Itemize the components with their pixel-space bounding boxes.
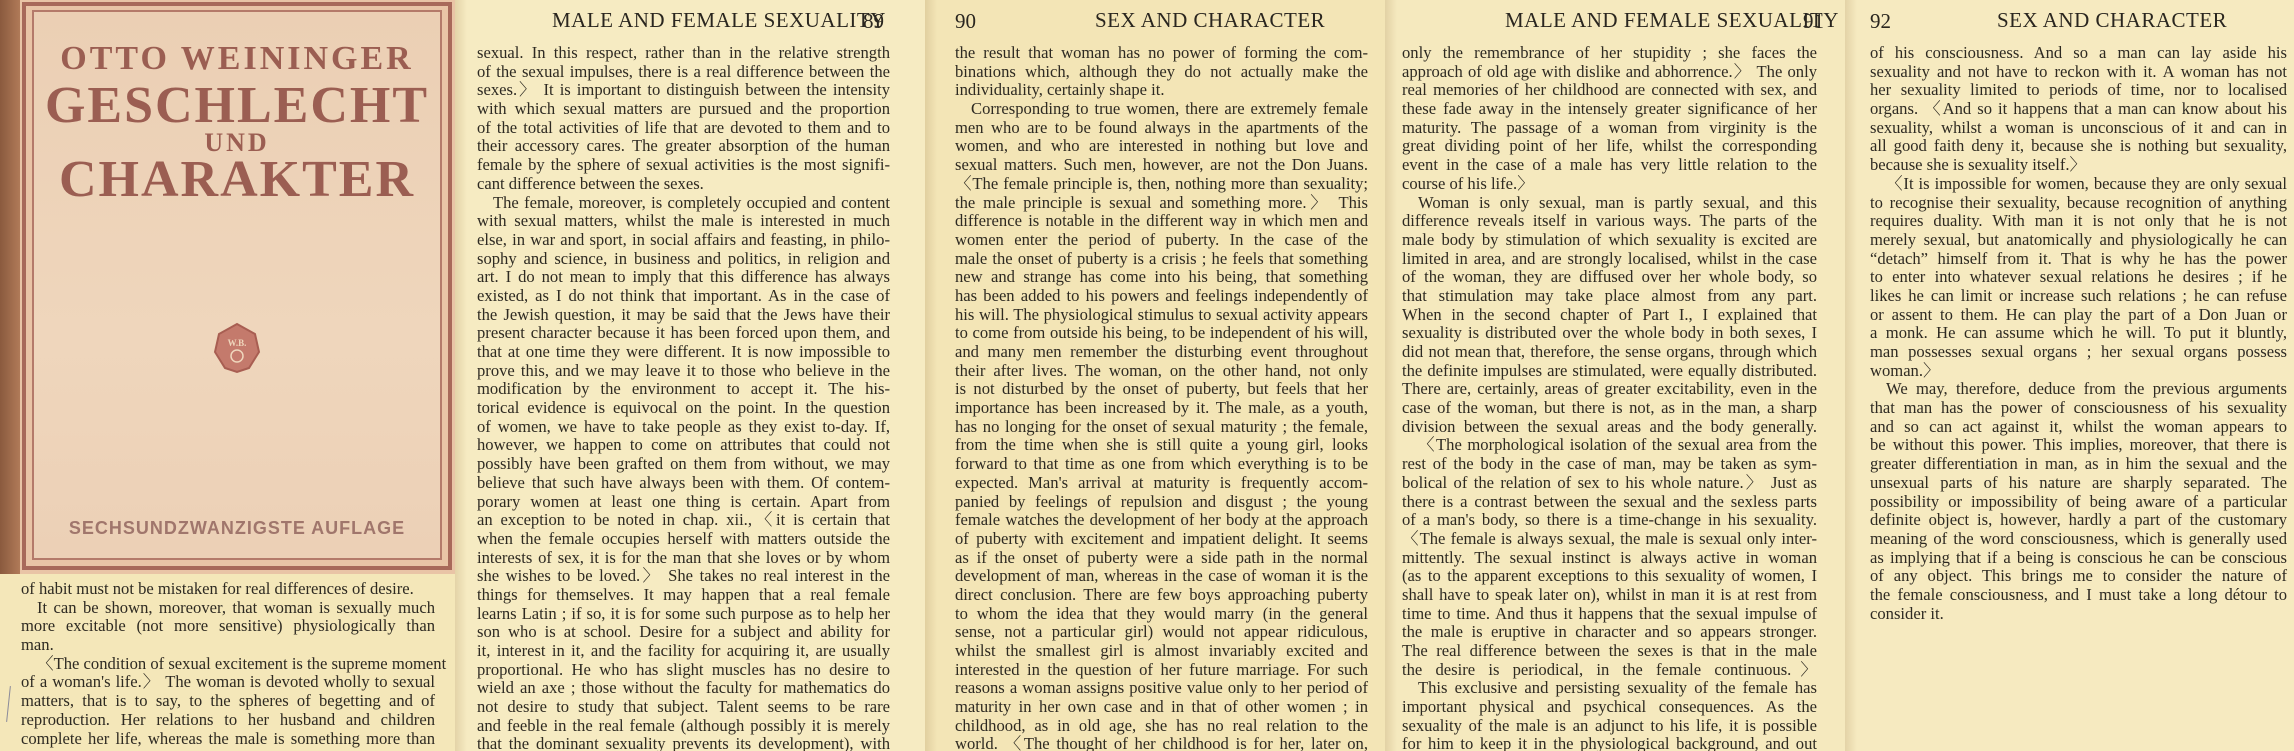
text-line: forward to that time as one from which e… xyxy=(955,455,1368,474)
text-line: male body by stimulation of which sexual… xyxy=(1402,231,1817,250)
text-line: an exception to be noted in chap. xii.,〈… xyxy=(477,511,890,530)
page-number: 89 xyxy=(863,9,884,34)
text-line: difference reveals itself in various way… xyxy=(1402,212,1817,231)
text-line: Corresponding to true women, there are e… xyxy=(955,100,1368,119)
cover-spine-strip xyxy=(0,0,20,574)
text-line: has no longing for the onset of sexual m… xyxy=(955,418,1368,437)
page-gutter-shadow xyxy=(455,0,467,751)
text-line: of the sexual impulses, there is a real … xyxy=(477,63,890,82)
text-line: things for themselves. It may happen tha… xyxy=(477,586,890,605)
text-line: all good faith deny it, because she is n… xyxy=(1870,137,2287,156)
text-line: unsexual parts of his nature are sharply… xyxy=(1870,474,2287,493)
text-line: development of man, whereas in the case … xyxy=(955,567,1368,586)
text-line: that stimulation may take place almost f… xyxy=(1402,287,1817,306)
text-line: however, we happen to come on attributes… xyxy=(477,436,890,455)
running-head: MALE AND FEMALE SEXUALITY xyxy=(1505,8,1839,33)
text-line: interests of sex, it is for the man that… xyxy=(477,549,890,568)
text-line: the Jewish question, it may be said that… xyxy=(477,306,890,325)
publisher-emblem-icon: W.B. xyxy=(213,322,261,374)
fragment-text-column: of habit must not be mistaken for real d… xyxy=(21,580,435,748)
cover-title-line-1: GESCHLECHT xyxy=(32,76,442,135)
text-line: division between the sexual areas and th… xyxy=(1402,418,1817,437)
text-line: cant difference between the sexes. xyxy=(477,175,890,194)
text-line: art. I do not mean to imply that this di… xyxy=(477,268,890,287)
text-line: the desire is periodical, in the female … xyxy=(1402,661,1817,680)
text-line: difference is notable in the different w… xyxy=(955,212,1368,231)
text-line: to whom the idea that they would marry (… xyxy=(955,605,1368,624)
page-gutter-shadow xyxy=(1845,0,1857,751)
text-line: possibility or impossibility of being aw… xyxy=(1870,493,2287,512)
text-line: she wishes to be loved.〉 She takes no re… xyxy=(477,567,890,586)
text-line: great dividing point of her life, whilst… xyxy=(1402,137,1817,156)
text-line: of habit must not be mistaken for real d… xyxy=(21,580,435,599)
text-line: women enter the period of puberty. In th… xyxy=(955,231,1368,250)
text-line: the result that woman has no power of fo… xyxy=(955,44,1368,63)
text-line: modification by the environment to accep… xyxy=(477,380,890,399)
page-89: MALE AND FEMALE SEXUALITY 89 sexual. In … xyxy=(455,0,925,751)
text-line: of puberty with excitement and impatient… xyxy=(955,530,1368,549)
text-line: The female, moreover, is completely occu… xyxy=(477,194,890,213)
text-line: when the female occupies herself with ma… xyxy=(477,530,890,549)
text-line: event in the case of a male has very lit… xyxy=(1402,156,1817,175)
text-line: not desire to study that subject. Talent… xyxy=(477,698,890,717)
text-line: there is a contrast between the sexual a… xyxy=(1402,493,1817,512)
text-line: men who are to be found always in the ap… xyxy=(955,119,1368,138)
text-line: with which sexual matters are pursued an… xyxy=(477,100,890,119)
text-line: childhood, as in old age, she has no rea… xyxy=(955,717,1368,736)
text-line: reproduction. Her relations to her husba… xyxy=(21,711,435,730)
text-line: the male principle is sexual and somethi… xyxy=(955,194,1368,213)
text-line: to enter into whatever sexual relations … xyxy=(1870,268,2287,287)
book-cover: OTTO WEININGER GESCHLECHT UND CHARAKTER … xyxy=(0,0,455,574)
page-91: MALE AND FEMALE SEXUALITY 91 only the re… xyxy=(1385,0,1845,751)
text-line: prove this, and we may leave it to those… xyxy=(477,362,890,381)
text-line: sexuality is distributed over the whole … xyxy=(1402,324,1817,343)
running-head: MALE AND FEMALE SEXUALITY xyxy=(552,8,886,33)
text-line: 〈It is impossible for women, because the… xyxy=(1870,175,2287,194)
text-line: of the total activities of life that are… xyxy=(477,119,890,138)
text-line: man. xyxy=(21,636,435,655)
text-line: did not mean that, therefore, the sense … xyxy=(1402,343,1817,362)
text-line: time to time. And thus it happens that t… xyxy=(1402,605,1817,624)
text-line: proportional. He who has slight muscles … xyxy=(477,661,890,680)
text-line: 〈The morphological isolation of the sexu… xyxy=(1402,436,1817,455)
text-line: important physical and psychical consequ… xyxy=(1402,698,1817,717)
page-text-column: of his consciousness. And so a man can l… xyxy=(1870,44,2287,623)
text-line: limited in area, and are strongly locali… xyxy=(1402,250,1817,269)
text-line: approach of old age with dislike and abh… xyxy=(1402,63,1817,82)
page-text-column: sexual. In this respect, rather than in … xyxy=(477,44,890,751)
text-line: world. 〈The thought of her childhood is … xyxy=(955,735,1368,751)
text-line: a monk. He can assume which he will. To … xyxy=(1870,324,2287,343)
text-line: sexual. In this respect, rather than in … xyxy=(477,44,890,63)
text-line: “detach” himself from it. That is why he… xyxy=(1870,250,2287,269)
text-line: merely sexual, but anatomically and phys… xyxy=(1870,231,2287,250)
text-fragment-below-cover: of habit must not be mistaken for real d… xyxy=(0,574,455,751)
text-line: This exclusive and persisting sexuality … xyxy=(1402,679,1817,698)
text-line: importance has been increased by it. The… xyxy=(955,399,1368,418)
page-gutter-shadow xyxy=(1385,0,1397,751)
text-line: or assent to them. He can play the part … xyxy=(1870,306,2287,325)
text-line: sexes.〉 It is important to distinguish b… xyxy=(477,81,890,100)
text-line: son who is at school. Desire for a subje… xyxy=(477,623,890,642)
text-line: from the time when she is still quite a … xyxy=(955,436,1368,455)
text-line: mittently. The sexual instinct is always… xyxy=(1402,549,1817,568)
text-line: meaning of the word consciousness, which… xyxy=(1870,530,2287,549)
running-head: SEX AND CHARACTER xyxy=(1997,8,2227,33)
text-line: reasons a woman assigns positive value o… xyxy=(955,679,1368,698)
text-line: We may, therefore, deduce from the previ… xyxy=(1870,380,2287,399)
text-line: her sexuality limited to periods of time… xyxy=(1870,81,2287,100)
text-line: sexuality and not have to reckon with it… xyxy=(1870,63,2287,82)
page-90: 90 SEX AND CHARACTER the result that wom… xyxy=(925,0,1385,751)
text-line: course of his life.〉 xyxy=(1402,175,1817,194)
text-line: has been added to his powers and feeling… xyxy=(955,287,1368,306)
text-line: shall have to speak later on), whilst in… xyxy=(1402,586,1817,605)
text-line: more excitable (not more sensitive) phys… xyxy=(21,617,435,636)
text-line: There are, certainly, areas of greater e… xyxy=(1402,380,1817,399)
text-line: matters, that is to say, to the spheres … xyxy=(21,692,435,711)
text-line: and feeble in the real female (although … xyxy=(477,717,890,736)
emblem-text: W.B. xyxy=(228,338,247,348)
cover-author: OTTO WEININGER xyxy=(32,40,442,78)
text-line: of any object. This brings me to conside… xyxy=(1870,567,2287,586)
text-line: else, in war and sport, in social affair… xyxy=(477,231,890,250)
text-line: possibly have been grafted on them from … xyxy=(477,455,890,474)
text-line: individuality, certainly shape it. xyxy=(955,81,1368,100)
text-line: it, interest in it, and the facility for… xyxy=(477,642,890,661)
text-line: only the remembrance of her stupidity ; … xyxy=(1402,44,1817,63)
text-line: of women, we have to take people as they… xyxy=(477,418,890,437)
text-line: their after lives. The woman, on the oth… xyxy=(955,362,1368,381)
text-line: real memories of her childhood are conne… xyxy=(1402,81,1817,100)
text-line: greater differentiation in man, as in hi… xyxy=(1870,455,2287,474)
text-line: binations which, although they do not ac… xyxy=(955,63,1368,82)
text-line: that man has the power of consciousness … xyxy=(1870,399,2287,418)
text-line: sexuality, whilst a woman is unconscious… xyxy=(1870,119,2287,138)
text-line: and many men remember the disturbing eve… xyxy=(955,343,1368,362)
page-gutter-shadow xyxy=(925,0,937,751)
page-number: 91 xyxy=(1803,9,1824,34)
text-line: panied by feelings of repulsion and disg… xyxy=(955,493,1368,512)
text-line: man possesses sexual organs ; her sexual… xyxy=(1870,343,2287,362)
text-line: male the onset of puberty is a crisis ; … xyxy=(955,250,1368,269)
text-line: new and strange has come into his being,… xyxy=(955,268,1368,287)
text-line: likes he can limit or increase such rela… xyxy=(1870,287,2287,306)
text-line: maturity in her own case and in that of … xyxy=(955,698,1368,717)
text-line: the male is eruptive in character and so… xyxy=(1402,623,1817,642)
text-line: present character because it has been fo… xyxy=(477,324,890,343)
text-line: maturity. The passage of a woman from vi… xyxy=(1402,119,1817,138)
text-line: is not disturbed by the onset of puberty… xyxy=(955,380,1368,399)
text-line: definite object is, however, hardly a pa… xyxy=(1870,511,2287,530)
text-line: believe that such have always been with … xyxy=(477,474,890,493)
text-line: learns Latin ; if so, it is for some suc… xyxy=(477,605,890,624)
page-number: 90 xyxy=(955,9,976,34)
text-line: that at one time they were different. It… xyxy=(477,343,890,362)
text-line: of a woman's life.〉 The woman is devoted… xyxy=(21,673,435,692)
text-line: female watches the development of her bo… xyxy=(955,511,1368,530)
text-line: female by the sphere of sexual activitie… xyxy=(477,156,890,175)
running-head: SEX AND CHARACTER xyxy=(1095,8,1325,33)
text-line: his will. The physiological stimulus to … xyxy=(955,306,1368,325)
text-line: sophy and science, in business and polit… xyxy=(477,250,890,269)
text-line: torical evidence is equivocal on the poi… xyxy=(477,399,890,418)
text-line: existed, as I do not think that importan… xyxy=(477,287,890,306)
text-line: of his consciousness. And so a man can l… xyxy=(1870,44,2287,63)
page-92: 92 SEX AND CHARACTER of his consciousnes… xyxy=(1845,0,2294,751)
text-line: for him to keep it in the physiological … xyxy=(1402,735,1817,751)
text-line: be without this power. This implies, mor… xyxy=(1870,436,2287,455)
text-line: It can be shown, moreover, that woman is… xyxy=(21,599,435,618)
text-line: the female consciousness, and I must tak… xyxy=(1870,586,2287,605)
text-line: their accessory cares. The greater absor… xyxy=(477,137,890,156)
text-line: that the dominant sexuality prevents its… xyxy=(477,735,890,751)
text-line: because she is sexuality itself.〉 xyxy=(1870,156,2287,175)
text-line: case of the woman, but there is not, as … xyxy=(1402,399,1817,418)
text-line: direct conclusion. There are few boys ap… xyxy=(955,586,1368,605)
text-line: requires duality. With man it is not onl… xyxy=(1870,212,2287,231)
text-line: When in the second chapter of Part I., I… xyxy=(1402,306,1817,325)
text-line: sense, not a particular girl) would not … xyxy=(955,623,1368,642)
text-line: 〈The condition of sexual excitement is t… xyxy=(21,655,435,674)
text-line: of the woman, they are diffused over her… xyxy=(1402,268,1817,287)
text-line: sexual matters. Such men, however, are n… xyxy=(955,156,1368,175)
text-line: bolical of the relation of sex to his wh… xyxy=(1402,474,1817,493)
text-line: to come from outside his being, to be in… xyxy=(955,324,1368,343)
text-line: sexuality of the male is an adjunct to h… xyxy=(1402,717,1817,736)
text-line: women, and who are interested in nothing… xyxy=(955,137,1368,156)
text-line: complete her life, whereas the male is s… xyxy=(21,730,435,749)
text-line: consider it. xyxy=(1870,605,2287,624)
page-text-column: the result that woman has no power of fo… xyxy=(955,44,1368,751)
text-line: the definite impulses are stimulated, we… xyxy=(1402,362,1817,381)
text-line: as implying that if a being is conscious… xyxy=(1870,549,2287,568)
text-line: to recognise their sexuality, because re… xyxy=(1870,194,2287,213)
text-line: as if the onset of puberty were a side p… xyxy=(955,549,1368,568)
text-line: whilst the smallest girl is almost invar… xyxy=(955,642,1368,661)
text-line: The real difference between the sexes is… xyxy=(1402,642,1817,661)
text-line: 〈The female is always sexual, the male i… xyxy=(1402,530,1817,549)
text-line: wield an axe ; those without the faculty… xyxy=(477,679,890,698)
text-line: interested in the question of her future… xyxy=(955,661,1368,680)
page-text-column: only the remembrance of her stupidity ; … xyxy=(1402,44,1817,751)
text-line: and so can act against it, whilst the wo… xyxy=(1870,418,2287,437)
text-line: woman.〉 xyxy=(1870,362,2287,381)
text-line: (as to the apparent exceptions to this s… xyxy=(1402,567,1817,586)
page-number: 92 xyxy=(1870,9,1891,34)
text-line: organs. 〈And so it happens that a man ca… xyxy=(1870,100,2287,119)
text-line: expected. Man's arrival at maturity is f… xyxy=(955,474,1368,493)
text-line: Woman is only sexual, man is partly sexu… xyxy=(1402,194,1817,213)
text-line: of a man's body, so there is a time-chan… xyxy=(1402,511,1817,530)
cover-edition: SECHSUNDZWANZIGSTE AUFLAGE xyxy=(32,518,442,539)
text-line: these fade away in the intensely greater… xyxy=(1402,100,1817,119)
cover-title-line-3: CHARAKTER xyxy=(32,150,442,209)
text-line: rest of the body in the case of man, may… xyxy=(1402,455,1817,474)
text-line: 〈The female principle is, then, nothing … xyxy=(955,175,1368,194)
text-line: with sexual matters, whilst the male is … xyxy=(477,212,890,231)
text-line: porary women at least one thing is certa… xyxy=(477,493,890,512)
